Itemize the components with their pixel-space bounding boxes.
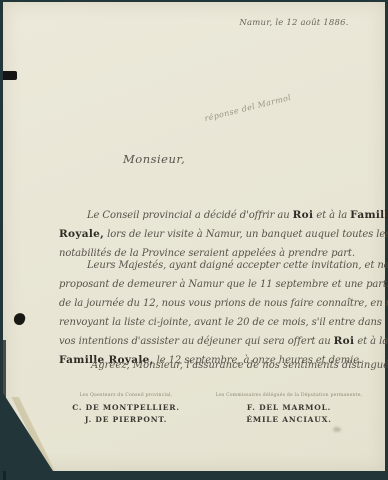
word-roi-2: Roi [334, 335, 355, 347]
p1-line-1: Le Conseil provincial a décidé d'offrir … [59, 206, 355, 225]
ink-blot [12, 312, 26, 327]
handwritten-annotation: réponse del Marmol [204, 88, 313, 123]
p2-line-3: de la journée du 12, nous vous prions de… [59, 294, 355, 313]
signature-block-questeurs: Les Questeurs du Conseil provincial, C. … [41, 393, 211, 426]
signature-name: J. DE PIERPONT. [41, 414, 211, 426]
scan-edge-mark [3, 71, 17, 80]
p2-l5-text: vos intentions d'assister au déjeuner qu… [59, 336, 334, 347]
closing-line: Agréez, Monsieur, l'assurance de nos sen… [59, 360, 355, 371]
p1-l1-text: Le Conseil provincial a décidé d'offrir … [87, 210, 293, 221]
dateline: Namur, le 12 août 1886. [229, 18, 359, 28]
paragraph-1: Le Conseil provincial a décidé d'offrir … [59, 206, 355, 263]
signature-name: F. DEL MARMOL. [201, 402, 377, 414]
signature-caption-left: Les Questeurs du Conseil provincial, [41, 393, 211, 398]
p2-line-5: vos intentions d'assister au déjeuner qu… [59, 332, 355, 351]
word-roi: Roi [293, 209, 314, 221]
p2-l4-text: renvoyant la liste ci-jointe, avant le 2… [59, 317, 382, 328]
paragraph-2: Leurs Majestés, ayant daigné accepter ce… [59, 256, 355, 370]
letter-page: Namur, le 12 août 1886. réponse del Marm… [3, 2, 385, 471]
word-royale: Royale, [59, 228, 104, 240]
word-famille: Famille [350, 209, 388, 221]
p2-line-4: renvoyant la liste ci-jointe, avant le 2… [59, 313, 355, 332]
signature-caption-right: Les Commissaires délégués de la Députati… [201, 393, 377, 398]
p2-line-1: Leurs Majestés, ayant daigné accepter ce… [59, 256, 355, 275]
salutation: Monsieur, [123, 152, 185, 166]
p2-line-2: proposant de demeurer à Namur que le 11 … [59, 275, 355, 294]
torn-corner-background [3, 393, 53, 471]
p2-l3-text: de la journée du 12, nous vous prions de… [59, 298, 388, 309]
paper-smudge [333, 427, 341, 432]
signature-name: C. DE MONTPELLIER. [41, 402, 211, 414]
signature-name: ÉMILE ANCIAUX. [201, 414, 377, 426]
p1-l2-text: lors de leur visite à Namur, un banquet … [104, 229, 388, 240]
p2-l1-text: Leurs Majestés, ayant daigné accepter ce… [87, 260, 388, 271]
p2-l2-text: proposant de demeurer à Namur que le 11 … [59, 279, 388, 290]
closing-text: Agréez, Monsieur, l'assurance de nos sen… [91, 360, 388, 371]
closing-formula: Agréez, Monsieur, l'assurance de nos sen… [59, 360, 355, 371]
p2-l5-text2: et à la [354, 336, 388, 347]
p1-line-2: Royale, lors de leur visite à Namur, un … [59, 225, 355, 244]
p1-l1-text2: et à la [313, 210, 350, 221]
signature-block-commissaires: Les Commissaires délégués de la Députati… [201, 393, 377, 426]
